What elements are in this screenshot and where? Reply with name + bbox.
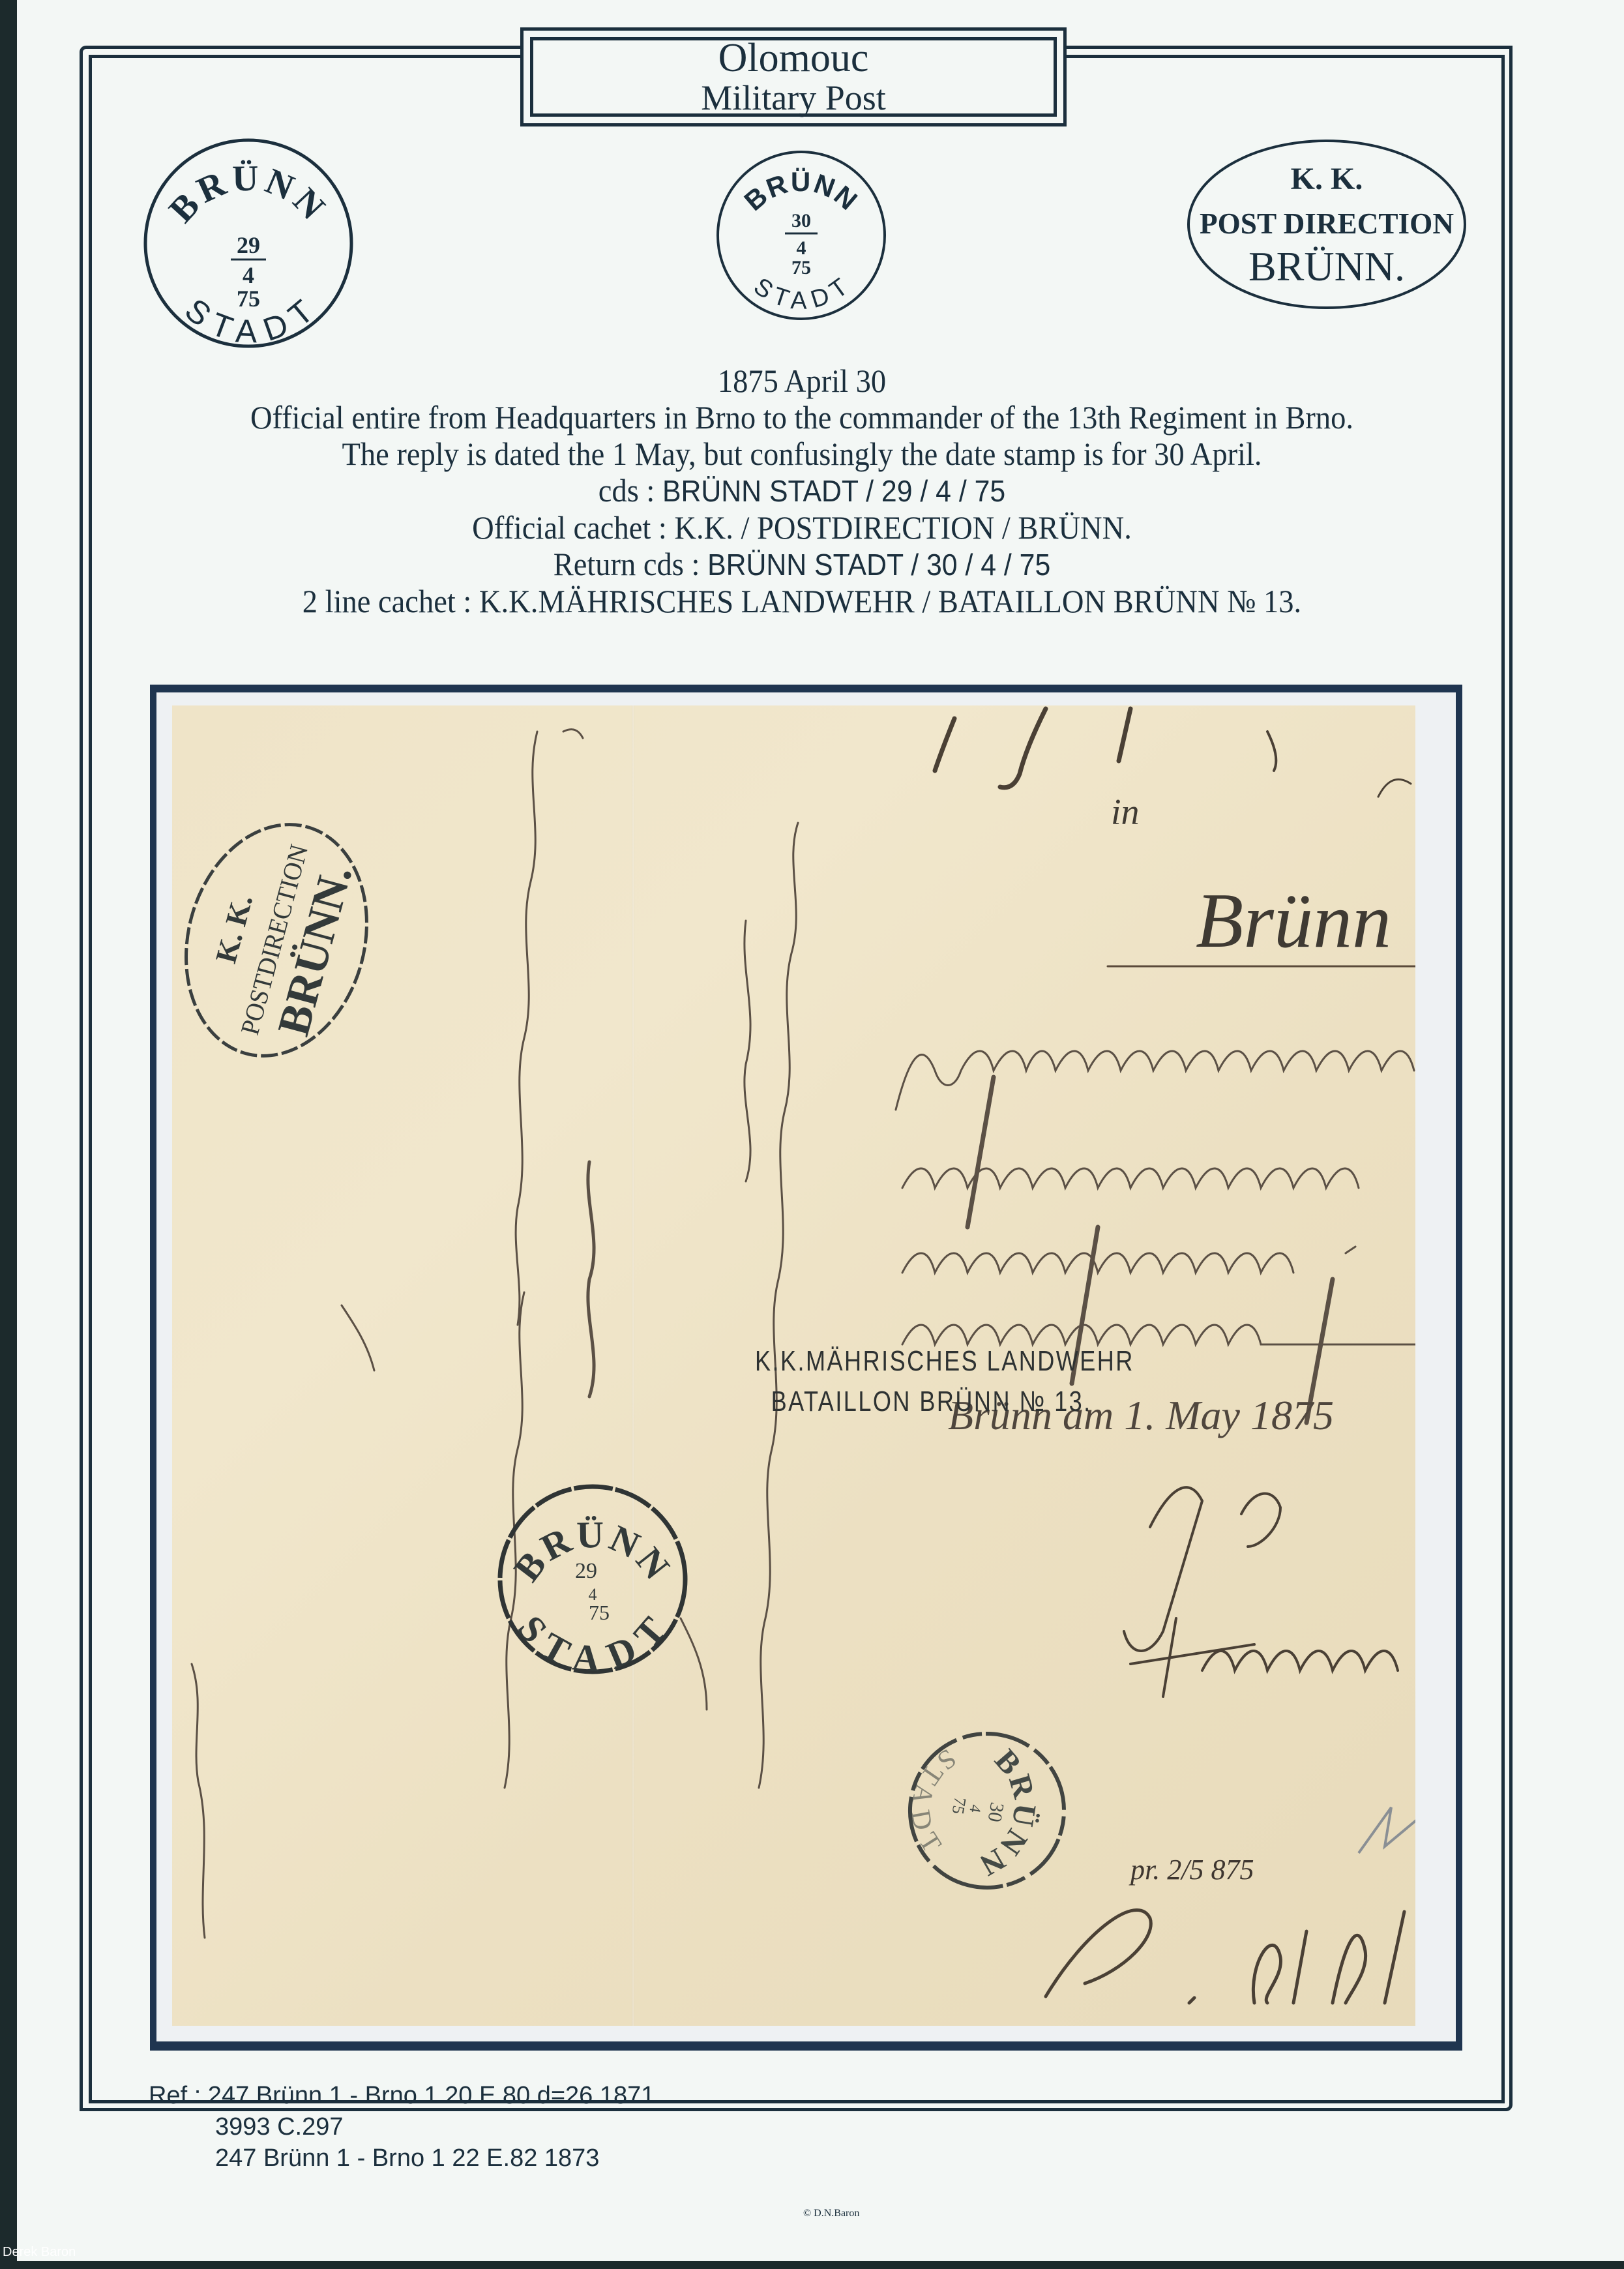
- scan-watermark: Derek Baron: [3, 2245, 76, 2260]
- reference-line2: 3993 C.297: [149, 2111, 655, 2143]
- scan-edge-left: [0, 0, 17, 2269]
- cds-day: 29: [575, 1559, 597, 1583]
- address-in: in: [1111, 792, 1140, 833]
- cds-day: 29: [237, 232, 260, 258]
- cds-brunn-stadt-29-4-75: BRÜNN 29 4 75 STADT: [500, 1487, 685, 1680]
- two-line-cachet-description: 2 line cachet : K.K.MÄHRISCHES LANDWEHR …: [153, 583, 1451, 619]
- handwritten-signature: [1124, 1487, 1398, 1697]
- cds-value: BRÜNN STADT / 29 / 4 / 75: [662, 474, 1005, 508]
- cds-illustration-29-april: BRÜNN 29 4 75 STADT: [141, 136, 356, 351]
- svg-text:STADT: STADT: [748, 273, 854, 315]
- description-line1: Official entire from Headquarters in Brn…: [153, 399, 1451, 436]
- cover-date: 1875 April 30: [153, 363, 1451, 399]
- cds-month: 4: [797, 237, 806, 259]
- description-line2: The reply is dated the 1 May, but confus…: [153, 436, 1451, 472]
- cds-day: 30: [983, 1801, 1008, 1824]
- page-title-box: Olomouc Military Post: [520, 27, 1067, 126]
- reference-line1: Ref : 247 Brünn 1 - Brno 1 20 E.80 d=26 …: [149, 2080, 655, 2111]
- cds-description: cds : BRÜNN STADT / 29 / 4 / 75: [153, 472, 1451, 509]
- cachet-line3: BRÜNN.: [1248, 243, 1405, 289]
- cds-year: 75: [791, 257, 811, 278]
- return-cds-description: Return cds : BRÜNN STADT / 30 / 4 / 75: [153, 546, 1451, 583]
- official-cachet-description: Official cachet : K.K. / POSTDIRECTION /…: [153, 509, 1451, 546]
- address-city: Brünn: [1196, 877, 1391, 964]
- references-block: Ref : 247 Brünn 1 - Brno 1 20 E.80 d=26 …: [149, 2080, 655, 2174]
- receipt-note: pr. 2/5 875: [1129, 1854, 1254, 1886]
- reference-line3: 247 Brünn 1 - Brno 1 22 E.82 1873: [149, 2143, 655, 2174]
- copyright-notice: © D.N.Baron: [803, 2208, 859, 2219]
- cachet-line1: K. K.: [1291, 162, 1363, 196]
- cds-year: 75: [237, 286, 260, 312]
- page-title: Olomouc: [718, 37, 869, 79]
- cds-day: 30: [791, 210, 811, 231]
- return-cds-value: BRÜNN STADT / 30 / 4 / 75: [707, 548, 1050, 582]
- cds-label: cds :: [598, 472, 662, 509]
- description-block: 1875 April 30 Official entire from Headq…: [104, 363, 1499, 619]
- cds-month: 4: [243, 262, 254, 288]
- svg-text:BRÜNN: BRÜNN: [161, 158, 335, 231]
- pencil-mark: [1359, 1807, 1415, 1853]
- landwehr-line1: K.K.MÄHRISCHES LANDWEHR: [755, 1341, 1134, 1382]
- cds-year: 75: [589, 1601, 610, 1624]
- handwritten-file-number: [1046, 1910, 1404, 2003]
- cds-brunn-stadt-30-4-75: BRÜNN 30 4 75 STADT: [893, 1721, 1076, 1900]
- cds-town: BRÜNN: [739, 166, 864, 216]
- svg-text:BRÜNN: BRÜNN: [739, 166, 864, 216]
- scan-edge-bottom: [0, 2261, 1624, 2269]
- cachet-line2: POST DIRECTION: [1200, 207, 1454, 240]
- cds-district: STADT: [748, 273, 854, 315]
- cds-town: BRÜNN: [161, 158, 335, 231]
- landwehr-two-line-cachet: K.K.MÄHRISCHES LANDWEHR BATAILLON BRÜNN …: [755, 1341, 1134, 1422]
- landwehr-line2: BATAILLON BRÜNN № 13.: [755, 1382, 1134, 1422]
- cds-illustration-30-april: BRÜNN 30 4 75 STADT: [713, 147, 889, 323]
- oval-cachet-postdirection: K. K. POSTDIRECTION BRÜNN.: [172, 804, 392, 1076]
- page-subtitle: Military Post: [701, 79, 886, 117]
- cachet-line1: K. K.: [209, 891, 259, 967]
- cds-year: 75: [949, 1796, 970, 1816]
- oval-cachet-illustration: K. K. POST DIRECTION BRÜNN.: [1183, 136, 1470, 313]
- return-cds-label: Return cds :: [554, 546, 707, 582]
